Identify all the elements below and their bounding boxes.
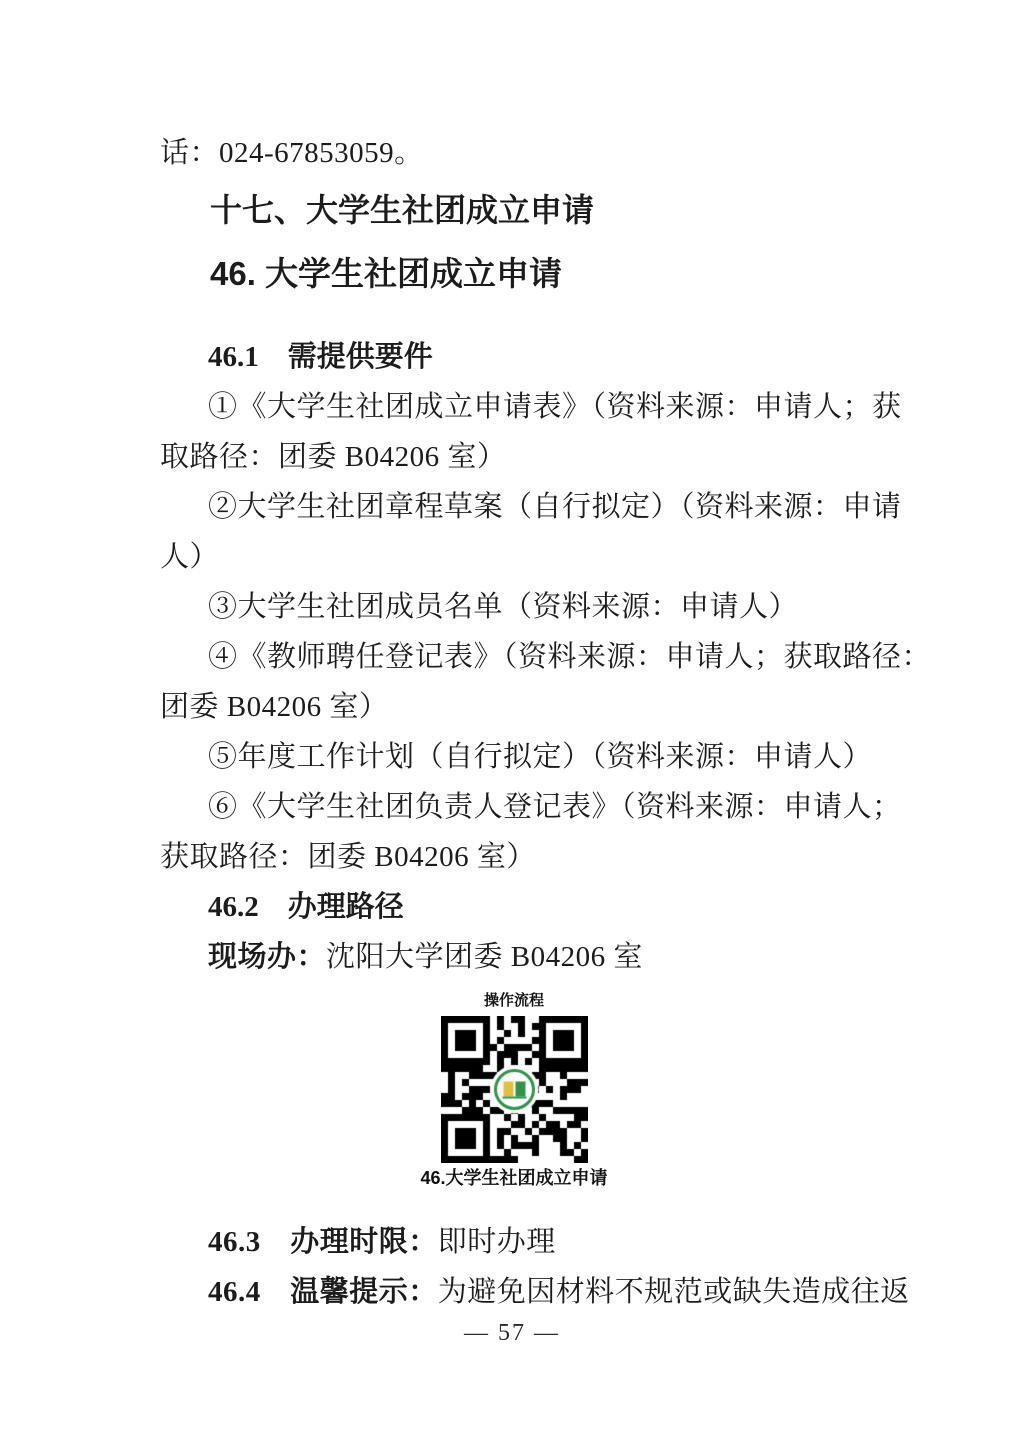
- page-content: 话：024-67853059。 十七、大学生社团成立申请 46. 大学生社团成立…: [160, 128, 912, 1317]
- requirement-6-line-1: ⑥《大学生社团负责人登记表》（资料来源：申请人；: [160, 782, 912, 832]
- requirement-1-line-2: 取路径：团委 B04206 室）: [160, 432, 912, 482]
- requirement-1-line-1: ①《大学生社团成立申请表》（资料来源：申请人；获: [160, 382, 912, 432]
- section-46-4-value: 为避免因材料不规范或缺失造成往返: [438, 1276, 910, 1308]
- section-46-3-label: 46.3 办理时限：: [208, 1226, 438, 1258]
- section-46-1-title: 46.1 需提供要件: [160, 332, 912, 382]
- requirement-3: ③大学生社团成员名单（资料来源：申请人）: [160, 582, 912, 632]
- item-heading: 46. 大学生社团成立申请: [160, 246, 912, 302]
- page-number: — 57 —: [0, 1320, 1024, 1347]
- requirement-4-line-1: ④《教师聘任登记表》（资料来源：申请人；获取路径：: [160, 632, 912, 682]
- section-46-3-value: 即时办理: [438, 1226, 556, 1258]
- qr-section: 操作流程 46.大学生社团成立申请: [138, 990, 890, 1191]
- section-46-2-title: 46.2 办理路径: [160, 882, 912, 932]
- requirement-2-line-2: 人）: [160, 532, 912, 582]
- phone-continuation-line: 话：024-67853059。: [160, 128, 912, 178]
- requirement-2-line-1: ②大学生社团章程草案（自行拟定）（资料来源：申请: [160, 482, 912, 532]
- onsite-label: 现场办：: [208, 941, 326, 973]
- section-46-4-label: 46.4 温馨提示：: [208, 1276, 438, 1308]
- document-page: 话：024-67853059。 十七、大学生社团成立申请 46. 大学生社团成立…: [0, 0, 1024, 1448]
- requirement-6-line-2: 获取路径：团委 B04206 室）: [160, 832, 912, 882]
- section-46-3-line: 46.3 办理时限：即时办理: [160, 1217, 912, 1267]
- qr-top-label: 操作流程: [138, 990, 890, 1012]
- onsite-line: 现场办：沈阳大学团委 B04206 室: [160, 932, 912, 982]
- onsite-value: 沈阳大学团委 B04206 室: [326, 941, 643, 973]
- requirement-5: ⑤年度工作计划（自行拟定）（资料来源：申请人）: [160, 732, 912, 782]
- qr-caption: 46.大学生社团成立申请: [138, 1165, 890, 1191]
- chapter-heading: 十七、大学生社团成立申请: [160, 182, 912, 238]
- section-46-4-line: 46.4 温馨提示：为避免因材料不规范或缺失造成往返: [160, 1267, 912, 1317]
- qr-code: [441, 1016, 588, 1163]
- requirement-4-line-2: 团委 B04206 室）: [160, 682, 912, 732]
